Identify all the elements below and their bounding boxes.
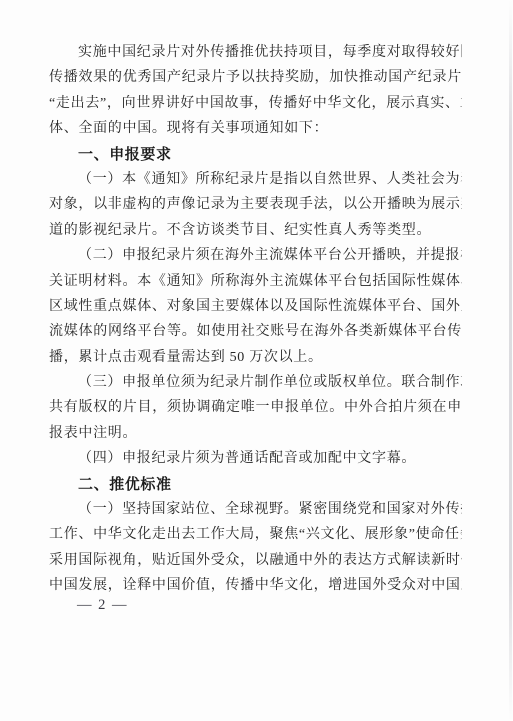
text-line: （四）申报纪录片须为普通话配音或加配中文字幕。: [49, 446, 462, 471]
text-line: 共有版权的片目，须协调确定唯一申报单位。中外合拍片须在申: [49, 395, 462, 420]
text-line: 传播效果的优秀国产纪录片予以扶持奖励，加快推动国产纪录片: [49, 65, 462, 90]
text-line: 区域性重点媒体、对象国主要媒体以及国际性流媒体平台、国外主: [49, 294, 462, 319]
text-line: （三）申报单位须为纪录片制作单位或版权单位。联合制作或: [49, 370, 462, 395]
section-heading-requirements: 一、申报要求: [49, 142, 462, 167]
text-line: 对象，以非虚构的声像记录为主要表现手法，以公开播映为展示渠: [49, 192, 462, 217]
text-line: 关证明材料。本《通知》所称海外主流媒体平台包括国际性媒体、: [49, 269, 462, 294]
text-line: （一）坚持国家站位、全球视野。紧密围绕党和国家对外传播: [49, 497, 462, 522]
page-number: — 2 —: [77, 597, 128, 614]
text-line: （一）本《通知》所称纪录片是指以自然世界、人类社会为表现: [49, 167, 462, 192]
text-line: （二）申报纪录片须在海外主流媒体平台公开播映，并提报相: [49, 243, 462, 268]
text-line: 播，累计点击观看量需达到 50 万次以上。: [49, 345, 462, 370]
text-line: 体、全面的中国。现将有关事项通知如下：: [49, 116, 462, 141]
section-heading-criteria: 二、推优标准: [49, 472, 462, 497]
text-line: 实施中国纪录片对外传播推优扶持项目，每季度对取得较好国际: [49, 40, 462, 65]
text-line: 流媒体的网络平台等。如使用社交账号在海外各类新媒体平台传: [49, 319, 462, 344]
text-line: 中国发展，诠释中国价值，传播中华文化，增进国外受众对中国发: [49, 573, 462, 598]
document-body: 实施中国纪录片对外传播推优扶持项目，每季度对取得较好国际 传播效果的优秀国产纪录…: [49, 40, 462, 599]
text-line: 采用国际视角，贴近国外受众，以融通中外的表达方式解读新时代: [49, 548, 462, 573]
scan-edge-shadow: [509, 0, 512, 721]
text-line: “走出去”，向世界讲好中国故事，传播好中华文化，展示真实、立: [49, 91, 462, 116]
text-line: 工作、中华文化走出去工作大局，聚焦“兴文化、展形象”使命任务，: [49, 522, 462, 547]
text-line: 道的影视纪录片。不含访谈类节目、纪实性真人秀等类型。: [49, 218, 462, 243]
document-page: 实施中国纪录片对外传播推优扶持项目，每季度对取得较好国际 传播效果的优秀国产纪录…: [0, 0, 513, 721]
text-line: 报表中注明。: [49, 421, 462, 446]
